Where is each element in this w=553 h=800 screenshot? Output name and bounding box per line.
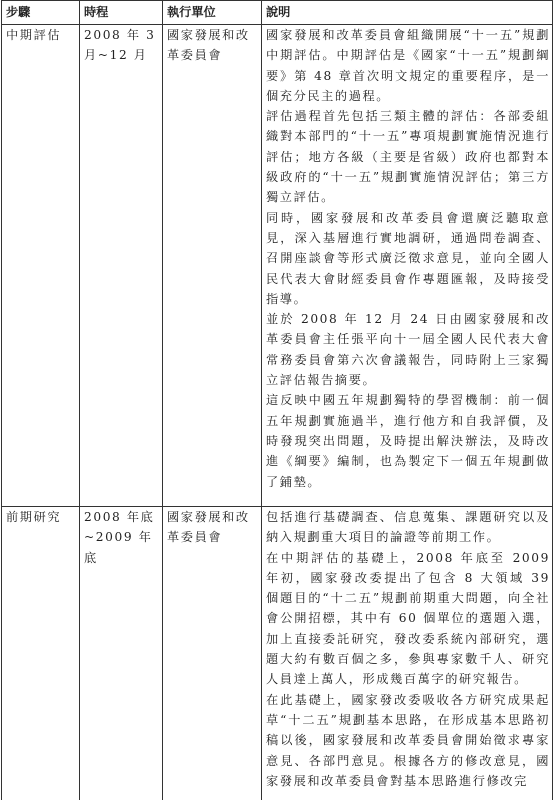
unit-cell: 國家發展和改革委員會 [163,25,262,507]
table-row: 中期評估 2008 年 3 月~12 月 國家發展和改革委員會 國家發展和改革委… [2,25,553,507]
description-paragraph: 評估過程首先包括三類主體的評估：各部委組織對本部門的“十一五”專項規劃實施情況進… [266,106,550,207]
header-step: 步驟 [2,1,80,25]
table-row: 前期研究 2008 年底~2009 年底 國家發展和改革委員會 包括進行基礎調查… [2,507,553,800]
description-paragraph: 包括進行基礎調查、信息蒐集、課題研究以及納入規劃重大項目的論證等前期工作。 [266,507,550,548]
header-unit: 執行單位 [163,1,262,25]
header-schedule: 時程 [80,1,163,25]
description-paragraph: 在中期評估的基礎上，2008 年底至 2009 年初，國家發改委提出了包含 8 … [266,548,550,690]
description-cell: 國家發展和改革委員會組織開展“十一五”規劃中期評估。中期評估是《國家“十一五”規… [262,25,553,507]
schedule-cell: 2008 年 3 月~12 月 [80,25,163,507]
description-paragraph: 同時，國家發展和改革委員會還廣泛聽取意見，深入基層進行實地調研，通過問卷調查、召… [266,208,550,309]
header-description: 說明 [262,1,553,25]
description-paragraph: 這反映中國五年規劃獨特的學習機制：前一個五年規劃實施過半，進行他方和自我評價，及… [266,390,550,491]
schedule-cell: 2008 年底~2009 年底 [80,507,163,800]
description-paragraph: 並於 2008 年 12 月 24 日由國家發展和改革委員會主任張平向十一屆全國… [266,309,550,390]
description-paragraph: 國家發展和改革委員會組織開展“十一五”規劃中期評估。中期評估是《國家“十一五”規… [266,25,550,106]
description-paragraph: 在此基礎上，國家發改委吸收各方研究成果起草“十二五”規劃基本思路，在形成基本思路… [266,690,550,791]
description-cell: 包括進行基礎調查、信息蒐集、課題研究以及納入規劃重大項目的論證等前期工作。 在中… [262,507,553,800]
step-cell: 前期研究 [2,507,80,800]
unit-cell: 國家發展和改革委員會 [163,507,262,800]
step-cell: 中期評估 [2,25,80,507]
table-header-row: 步驟 時程 執行單位 說明 [2,1,553,25]
planning-steps-table: 步驟 時程 執行單位 說明 中期評估 2008 年 3 月~12 月 國家發展和… [1,0,553,800]
